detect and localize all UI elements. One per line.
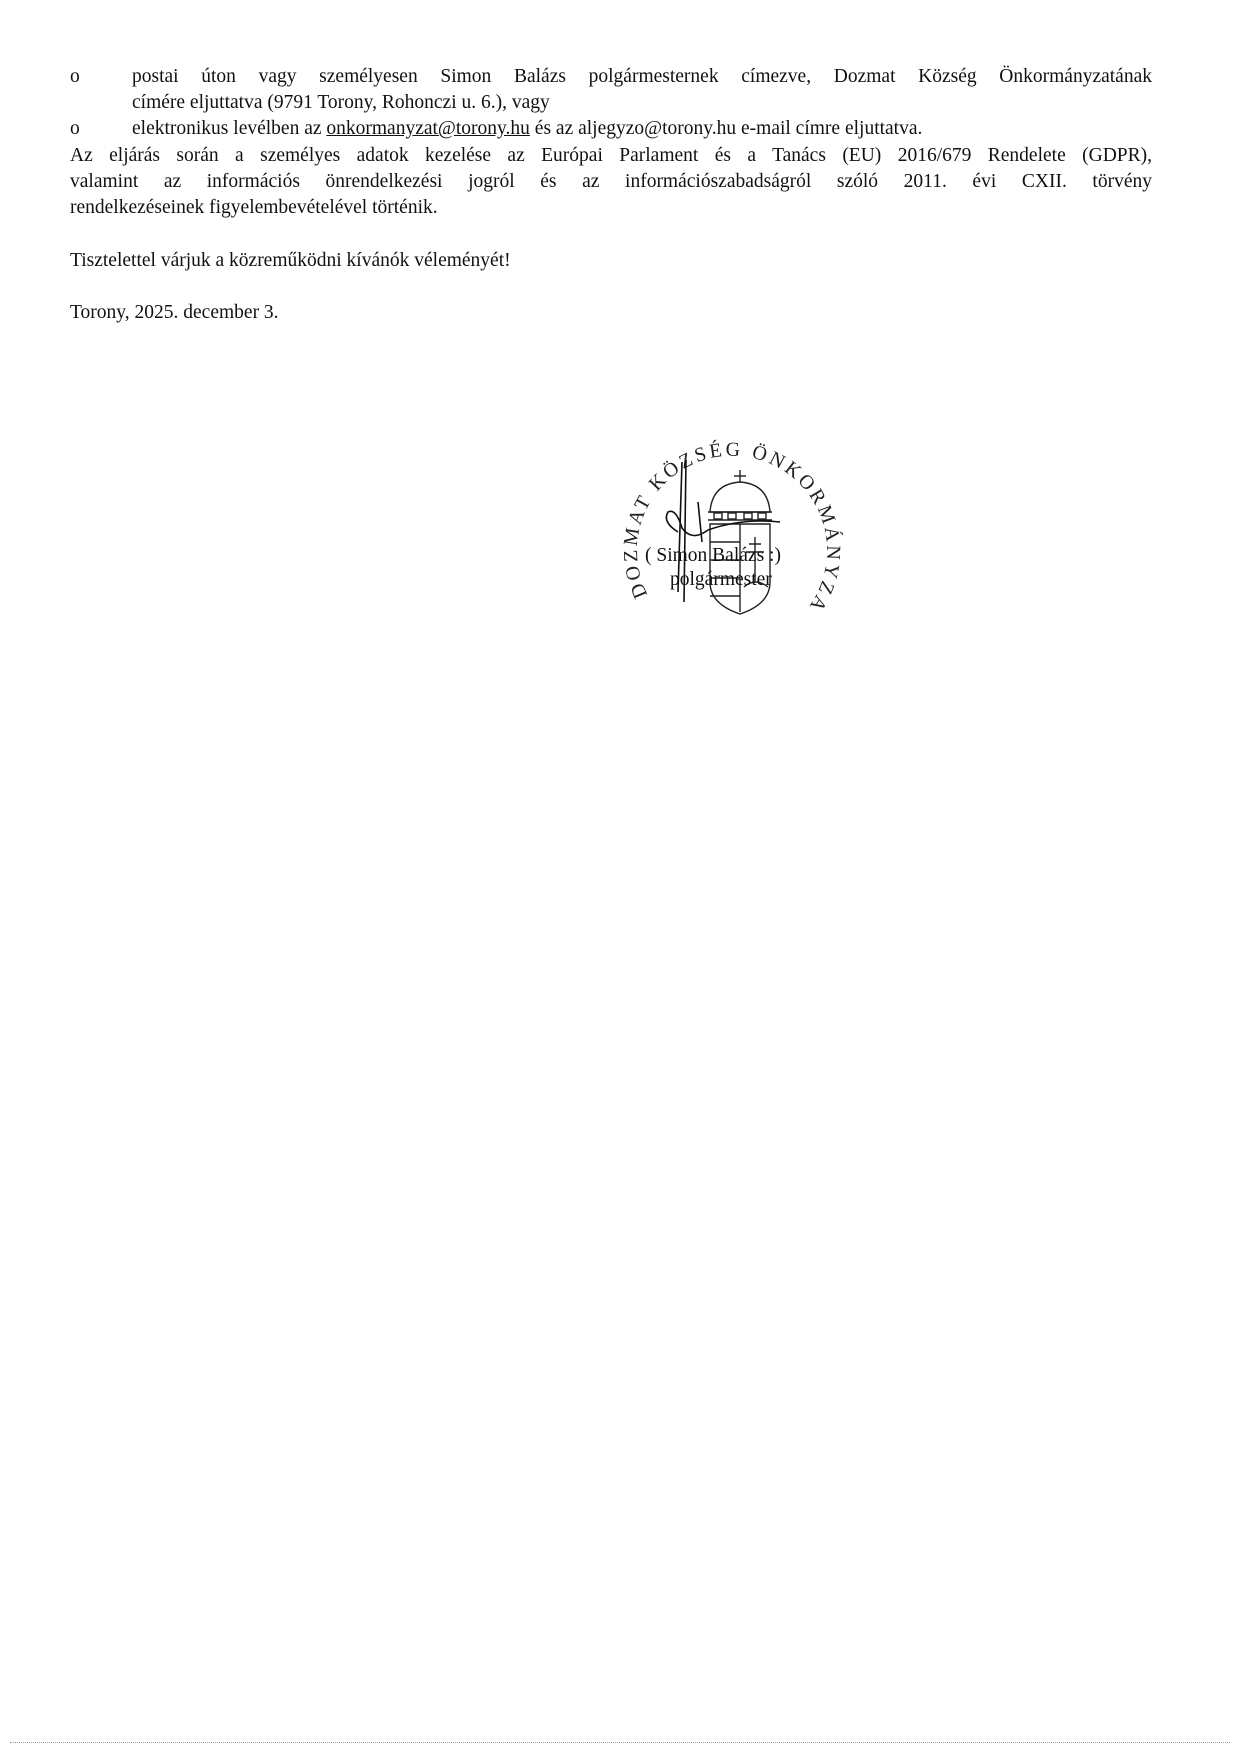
paragraph-line: Az eljárás során a személyes adatok keze… [70,143,1152,169]
email-suffix: és az aljegyzo@torony.hu e-mail címre el… [530,118,922,139]
document-page: o postai úton vagy személyesen Simon Bal… [0,0,1241,1756]
bullet-line: postai úton vagy személyesen Simon Baláz… [132,64,1152,90]
bullet-line: elektronikus levélben az onkormanyzat@to… [132,116,1152,142]
bullet-marker: o [70,116,90,142]
official-stamp: DOZMAT KÖZSÉG ÖNKORMÁNYZATA [612,432,862,647]
bullet-line: címére eljuttatva (9791 Torony, Rohonczi… [132,90,1152,116]
closing-sentence: Tisztelettel várjuk a közreműködni kíván… [70,248,511,274]
gdpr-paragraph: Az eljárás során a személyes adatok keze… [70,143,1152,221]
email-link-onkormanyzat[interactable]: onkormanyzat@torony.hu [326,118,530,139]
bullet-marker: o [70,64,90,90]
email-prefix: elektronikus levélben az [132,118,326,139]
place-date: Torony, 2025. december 3. [70,300,279,326]
paragraph-line: valamint az információs önrendelkezési j… [70,169,1152,195]
stamp-seal-icon: DOZMAT KÖZSÉG ÖNKORMÁNYZATA [612,432,862,647]
scan-bottom-edge [10,1742,1230,1743]
signatory-title: polgármester [670,569,772,591]
signatory-name: ( Simon Balázs :) [645,545,781,567]
paragraph-line: rendelkezéseinek figyelembevételével tör… [70,195,1152,221]
